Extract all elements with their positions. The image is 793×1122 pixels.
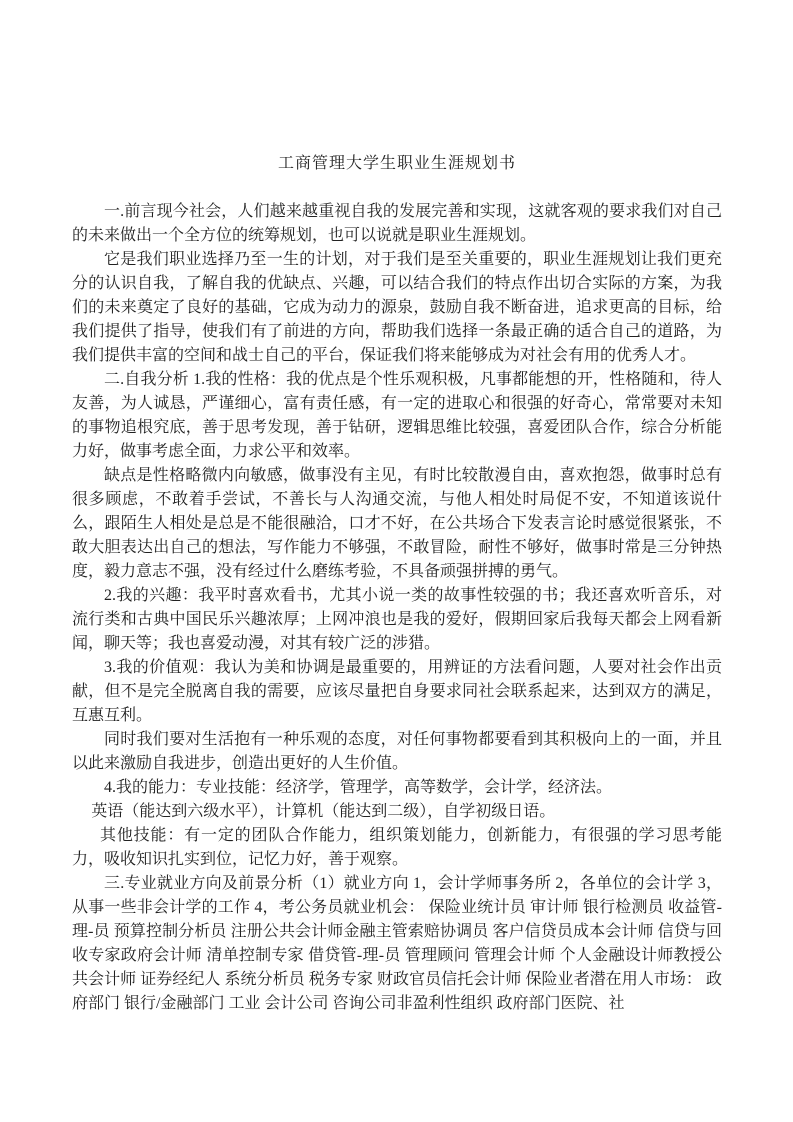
paragraph-other-skills: 其他技能：有一定的团队合作能力，组织策划能力，创新能力，有很强的学习思考能力，吸… bbox=[72, 824, 722, 872]
paragraph-interests: 2.我的兴趣：我平时喜欢看书，尤其小说一类的故事性较强的书；我还喜欢听音乐，对流… bbox=[72, 584, 722, 656]
paragraph-weaknesses: 缺点是性格略微内向敏感，做事没有主见，有时比较散漫自由，喜欢抱怨，做事时总有很多… bbox=[72, 464, 722, 584]
paragraph-abilities: 4.我的能力：专业技能：经济学，管理学，高等数学，会计学，经济法。 bbox=[72, 776, 722, 800]
paragraph-self-analysis-personality: 二.自我分析 1.我的性格：我的优点是个性乐观积极，凡事都能想的开，性格随和，待… bbox=[72, 368, 722, 464]
document-page: 工商管理大学生职业生涯规划书 一.前言现今社会，人们越来越重视自我的发展完善和实… bbox=[0, 0, 793, 1122]
paragraph-career-prospects: 三.专业就业方向及前景分析（1）就业方向 1，会计学师事务所 2，各单位的会计学… bbox=[72, 872, 722, 1016]
paragraph-plan-importance: 它是我们职业选择乃至一生的计划，对于我们是至关重要的，职业生涯规划让我们更充分的… bbox=[72, 248, 722, 368]
paragraph-optimism: 同时我们要对生活抱有一种乐观的态度，对任何事物都要看到其积极向上的一面，并且以此… bbox=[72, 728, 722, 776]
document-title: 工商管理大学生职业生涯规划书 bbox=[72, 152, 722, 176]
paragraph-language-skills: 英语（能达到六级水平），计算机（能达到二级），自学初级日语。 bbox=[72, 800, 722, 824]
paragraph-foreword: 一.前言现今社会，人们越来越重视自我的发展完善和实现，这就客观的要求我们对自己的… bbox=[72, 200, 722, 248]
paragraph-values: 3.我的价值观：我认为美和协调是最重要的，用辨证的方法看问题，人要对社会作出贡献… bbox=[72, 656, 722, 728]
